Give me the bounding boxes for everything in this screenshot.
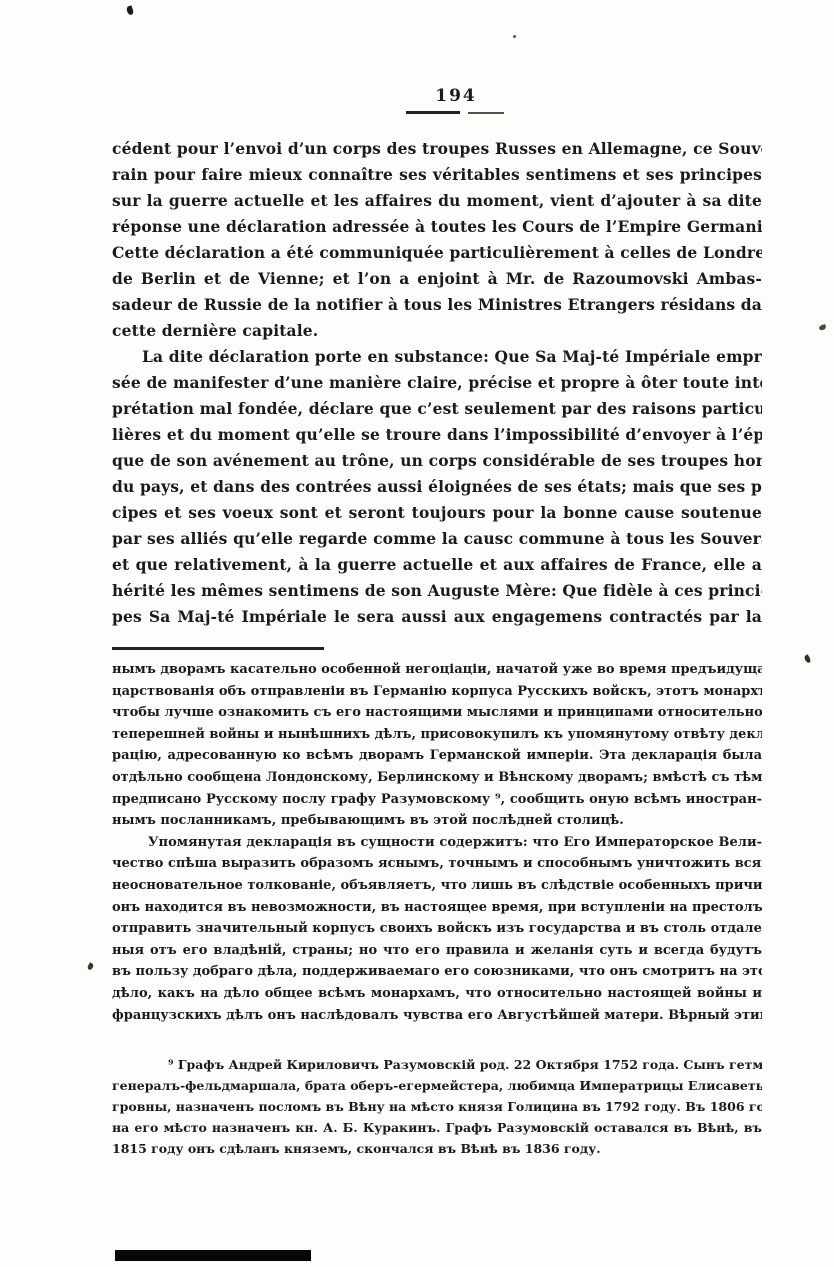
text-line: чтобы лучше ознакомить съ его настоящими… xyxy=(112,702,762,724)
text-line: гровны, назначенъ посломъ въ Вѣну на мѣс… xyxy=(112,1096,762,1117)
text-line: нымъ посланникамъ, пребывающимъ въ этой … xyxy=(112,810,762,832)
text-line: cédent pour l’envoi d’un corps des troup… xyxy=(112,136,762,162)
text-line: предписано Русскому послу графу Разумовс… xyxy=(112,789,762,811)
text-line: дѣло, какъ на дѣло общее всѣмъ монархамъ… xyxy=(112,983,762,1005)
text-line: cipes et ses voeux sont et seront toujou… xyxy=(112,500,762,526)
ink-speck xyxy=(803,654,811,663)
french-text-block: cédent pour l’envoi d’un corps des troup… xyxy=(112,136,762,630)
ink-speck xyxy=(87,962,95,971)
text-line: царствованія объ отправленіи въ Германію… xyxy=(112,681,762,703)
russian-text-block: нымъ дворамъ касательно особенной негоці… xyxy=(112,659,762,1026)
text-line: lières et du moment qu’elle se troure da… xyxy=(112,422,762,448)
text-line: par ses alliés qu’elle regarde comme la … xyxy=(112,526,762,552)
text-line: въ пользу добраго дѣла, поддерживаемаго … xyxy=(112,961,762,983)
text-line: онъ находится въ невозможности, въ насто… xyxy=(112,897,762,919)
text-line: sur la guerre actuelle et les affaires d… xyxy=(112,188,762,214)
text-line: pes Sa Maj-té Impériale le sera aussi au… xyxy=(112,604,762,630)
text-line: генералъ-фельдмаршала, брата оберъ-егерм… xyxy=(112,1075,762,1096)
text-line: Упомянутая декларація въ сущности содерж… xyxy=(112,832,762,854)
text-line: sée de manifester d’une manière claire, … xyxy=(112,370,762,396)
text-line: нымъ дворамъ касательно особенной негоці… xyxy=(112,659,762,681)
footnote-block: ⁹ Графъ Андрей Кириловичъ Разумовскій ро… xyxy=(112,1054,762,1159)
text-line: et que relativement, à la guerre actuell… xyxy=(112,552,762,578)
section-divider-rule xyxy=(112,647,324,650)
text-line: réponse une déclaration adressée à toute… xyxy=(112,214,762,240)
text-line: отправить значительный корпусъ своихъ во… xyxy=(112,918,762,940)
text-line: чество спѣша выразить образомъ яснымъ, т… xyxy=(112,853,762,875)
text-line: que de son avénement au trône, un corps … xyxy=(112,448,762,474)
text-line: hérité les mêmes sentimens de son August… xyxy=(112,578,762,604)
rule-segment xyxy=(406,111,460,114)
text-line: sadeur de Russie de la notifier à tous l… xyxy=(112,292,762,318)
text-line: теперешней войны и нынѣшнихъ дѣлъ, присо… xyxy=(112,724,762,746)
text-line: ныя отъ его владѣній, страны; но что его… xyxy=(112,940,762,962)
text-line: Cette déclaration a été communiquée part… xyxy=(112,240,762,266)
text-line: cette dernière capitale. xyxy=(112,318,762,344)
text-line: rain pour faire mieux connaître ses véri… xyxy=(112,162,762,188)
ink-speck xyxy=(513,35,516,38)
french-paragraph-1: cédent pour l’envoi d’un corps des troup… xyxy=(112,136,762,344)
text-line: de Berlin et de Vienne; et l’on a enjoin… xyxy=(112,266,762,292)
page-number-rule xyxy=(406,111,504,114)
russian-paragraph-2: Упомянутая декларація въ сущности содерж… xyxy=(112,832,762,1026)
russian-paragraph-1: нымъ дворамъ касательно особенной негоці… xyxy=(112,659,762,832)
ink-speck xyxy=(818,324,826,331)
ink-speck xyxy=(126,5,135,16)
text-line: du pays, et dans des contrées aussi éloi… xyxy=(112,474,762,500)
scan-artifact-bar xyxy=(115,1250,311,1261)
text-line: отдѣльно сообщена Лондонскому, Берлинско… xyxy=(112,767,762,789)
text-line: ⁹ Графъ Андрей Кириловичъ Разумовскій ро… xyxy=(112,1054,762,1075)
text-line: 1815 году онъ сдѣланъ княземъ, скончался… xyxy=(112,1138,762,1159)
text-line: La dite déclaration porte en substance: … xyxy=(112,344,762,370)
page-number: 194 xyxy=(131,86,781,106)
text-line: рацію, адресованную ко всѣмъ дворамъ Гер… xyxy=(112,745,762,767)
text-line: на его мѣсто назначенъ кн. А. Б. Куракин… xyxy=(112,1117,762,1138)
rule-segment xyxy=(468,112,504,114)
text-line: французскихъ дѣлъ онъ наслѣдовалъ чувств… xyxy=(112,1005,762,1027)
text-line: prétation mal fondée, déclare que c’est … xyxy=(112,396,762,422)
french-paragraph-2: La dite déclaration porte en substance: … xyxy=(112,344,762,630)
text-line: неосновательное толкованіе, объявляетъ, … xyxy=(112,875,762,897)
book-page: 194 cédent pour l’envoi d’un corps des t… xyxy=(0,0,834,1267)
